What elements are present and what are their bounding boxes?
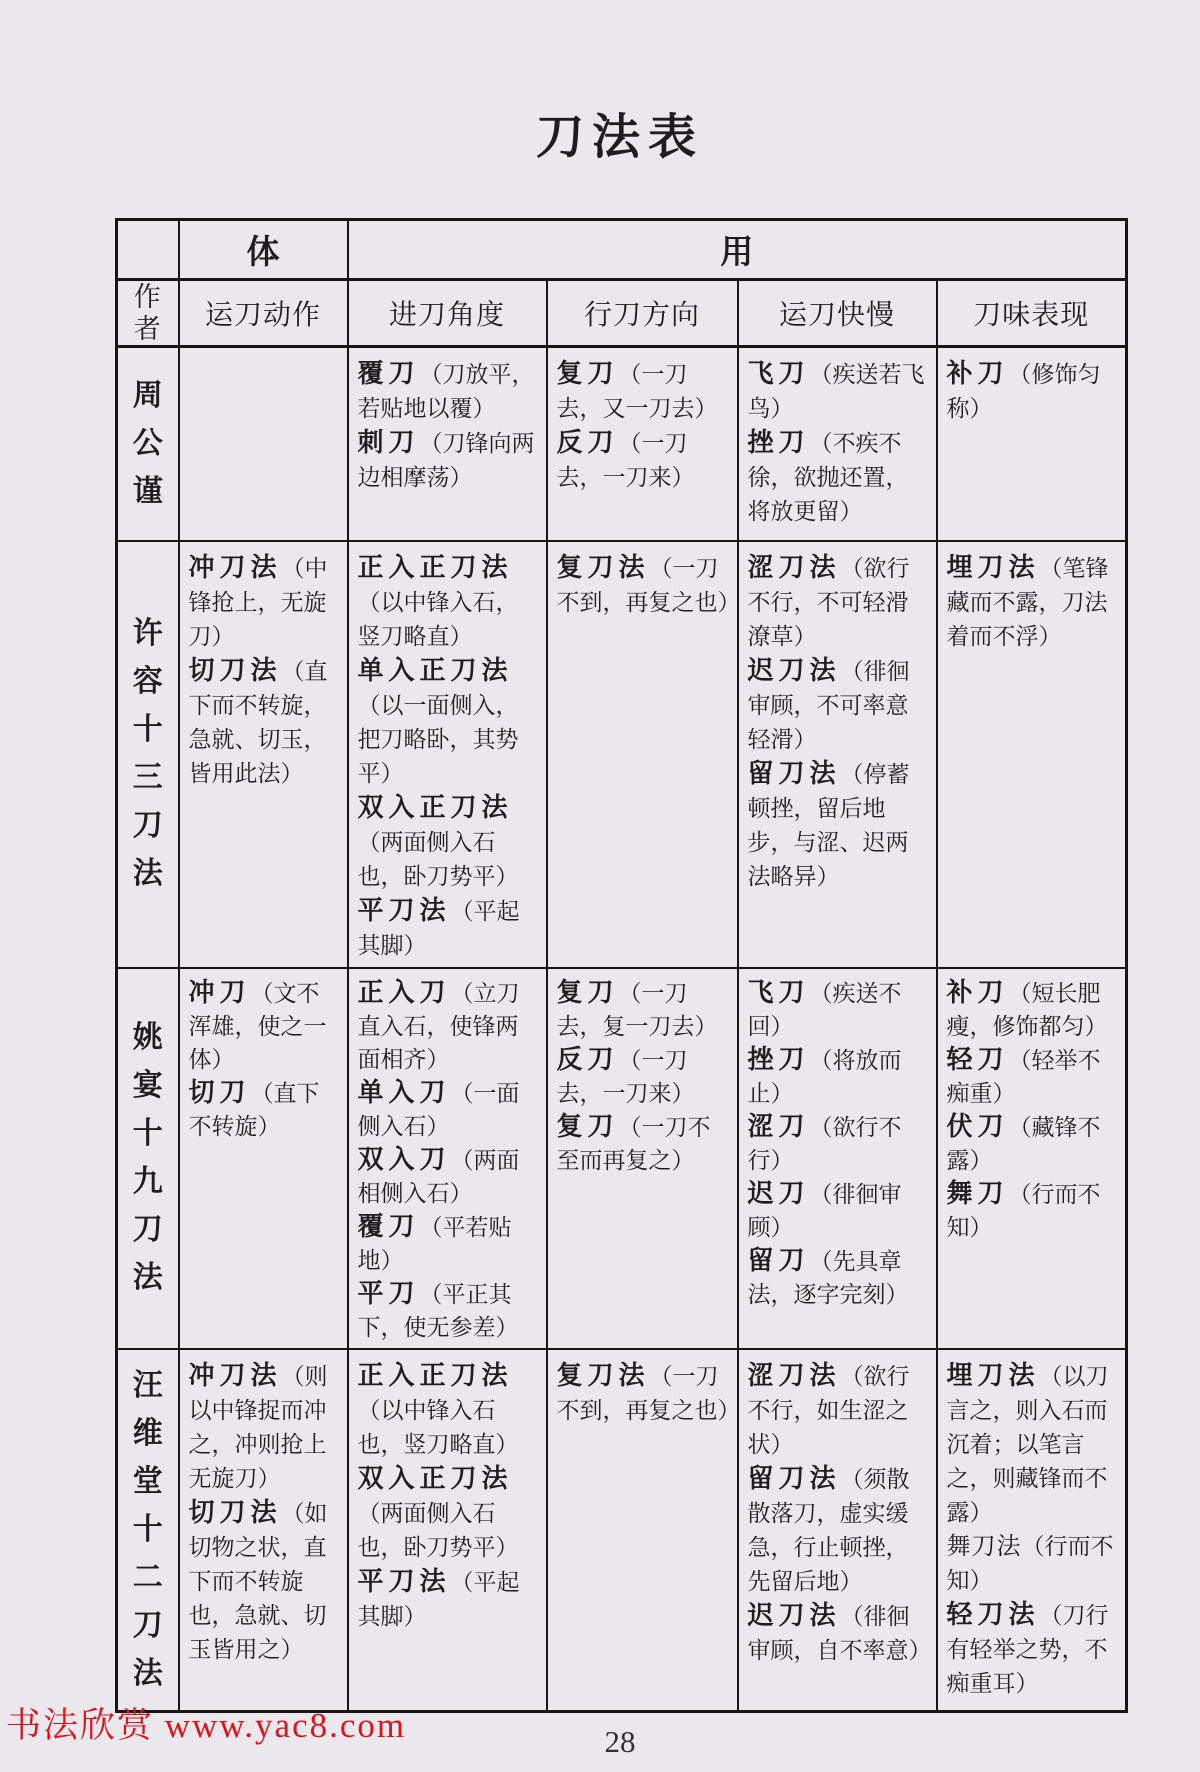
technique-term: 刺刀 xyxy=(358,428,420,457)
technique-entry: 双入正刀法（两面侧入石也，卧刀势平） xyxy=(358,791,540,894)
technique-entry: 双入刀（两面相侧入石） xyxy=(358,1143,540,1210)
technique-entry: 切刀（直下不转旋） xyxy=(189,1076,341,1143)
technique-entry: 复刀法（一刀不到，再复之也） xyxy=(557,551,731,620)
technique-term: 复刀法 xyxy=(557,1361,650,1390)
technique-term: 平刀法 xyxy=(358,1567,451,1596)
technique-term: 复刀 xyxy=(557,1112,619,1141)
technique-entry: 复刀法（一刀不到，再复之也） xyxy=(557,1359,731,1428)
technique-term: 复刀 xyxy=(557,359,619,388)
technique-entry: 刺刀（刀锋向两边相摩荡） xyxy=(358,426,540,495)
technique-entry: 涩刀法（欲行不行，不可轻滑潦草） xyxy=(748,551,930,654)
technique-entry: 复刀（一刀不至而再复之） xyxy=(557,1110,731,1177)
technique-cell: 埋刀法（笔锋藏而不露，刀法着而不浮） xyxy=(937,541,1127,968)
group-header-1: 用 xyxy=(348,220,1127,280)
table-body: 周公谨覆刀（刀放平，若贴地以覆）刺刀（刀锋向两边相摩荡）复刀（一刀去，又一刀去）… xyxy=(117,347,1127,1712)
technique-cell: 飞刀（疾送若飞鸟）挫刀（不疾不徐，欲抛还置，将放更留） xyxy=(738,347,937,541)
technique-entry: 留刀法（停蓄顿挫，留后地步，与涩、迟两法略异） xyxy=(748,757,930,894)
technique-entry: 舞刀法（行而不知） xyxy=(947,1530,1120,1598)
technique-cell: 埋刀法（以刀言之，则入石而沉着；以笔言之，则藏锋而不露）舞刀法（行而不知）轻刀法… xyxy=(937,1349,1127,1712)
author-cell: 姚宴十九刀法 xyxy=(117,968,179,1349)
author-name: 姚宴十九刀法 xyxy=(131,1014,165,1302)
technique-cell: 冲刀法（中锋抢上，无旋刀）切刀法（直下而不转旋，急就、切玉，皆用此法） xyxy=(179,541,348,968)
technique-term: 涩刀 xyxy=(748,1112,810,1141)
author-cell: 周公谨 xyxy=(117,347,179,541)
technique-entry: 冲刀法（中锋抢上，无旋刀） xyxy=(189,551,341,654)
page-number: 28 xyxy=(115,1724,1125,1760)
technique-entry: 补刀（修饰匀称） xyxy=(947,357,1120,426)
technique-entry: 伏刀（藏锋不露） xyxy=(947,1110,1120,1177)
technique-entry: 平刀（平正其下，使无参差） xyxy=(358,1277,540,1344)
technique-cell: 复刀法（一刀不到，再复之也） xyxy=(547,541,738,968)
technique-term: 迟刀法 xyxy=(748,656,841,685)
technique-term: 飞刀 xyxy=(748,978,810,1007)
technique-term: 覆刀 xyxy=(358,359,420,388)
table-row: 姚宴十九刀法冲刀（文不浑雄，使之一体）切刀（直下不转旋）正入刀（立刀直入石，使锋… xyxy=(117,968,1127,1349)
table-row: 周公谨覆刀（刀放平，若贴地以覆）刺刀（刀锋向两边相摩荡）复刀（一刀去，又一刀去）… xyxy=(117,347,1127,541)
technique-term: 正入刀 xyxy=(358,978,451,1007)
technique-entry: 单入刀（一面侧入石） xyxy=(358,1076,540,1143)
technique-entry: 复刀（一刀去，复一刀去） xyxy=(557,976,731,1043)
technique-entry: 反刀（一刀去，一刀来） xyxy=(557,426,731,495)
technique-term: 冲刀法 xyxy=(189,1361,282,1390)
technique-cell: 覆刀（刀放平，若贴地以覆）刺刀（刀锋向两边相摩荡） xyxy=(348,347,547,541)
technique-entry: 涩刀法（欲行不行，如生涩之状） xyxy=(748,1359,930,1462)
technique-entry: 挫刀（不疾不徐，欲抛还置，将放更留） xyxy=(748,426,930,529)
technique-entry: 迟刀（徘徊审顾） xyxy=(748,1177,930,1244)
table-row: 许容十三刀法冲刀法（中锋抢上，无旋刀）切刀法（直下而不转旋，急就、切玉，皆用此法… xyxy=(117,541,1127,968)
technique-cell: 补刀（修饰匀称） xyxy=(937,347,1127,541)
technique-entry: 切刀法（直下而不转旋，急就、切玉，皆用此法） xyxy=(189,654,341,791)
technique-term: 冲刀 xyxy=(189,978,251,1007)
technique-entry: 正入正刀法（以中锋入石，竖刀略直） xyxy=(358,551,540,654)
technique-entry: 双入正刀法（两面侧入石也，卧刀势平） xyxy=(358,1462,540,1565)
column-header-0: 运刀动作 xyxy=(179,280,348,347)
technique-entry: 涩刀（欲行不行） xyxy=(748,1110,930,1177)
technique-term: 复刀法 xyxy=(557,553,650,582)
technique-term: 补刀 xyxy=(947,359,1009,388)
technique-term: 迟刀法 xyxy=(748,1601,841,1630)
technique-term: 埋刀法 xyxy=(947,553,1040,582)
corner-cell xyxy=(117,220,179,280)
technique-entry: 冲刀（文不浑雄，使之一体） xyxy=(189,976,341,1076)
technique-cell: 正入正刀法（以中锋入石也，竖刀略直）双入正刀法（两面侧入石也，卧刀势平）平刀法（… xyxy=(348,1349,547,1712)
technique-term: 单入刀 xyxy=(358,1078,451,1107)
technique-cell xyxy=(179,347,348,541)
technique-entry: 留刀法（须散散落刀，虚实缓急，行止顿挫，先留后地） xyxy=(748,1462,930,1599)
technique-term: 埋刀法 xyxy=(947,1361,1040,1390)
technique-desc: （两面侧入石也，卧刀势平） xyxy=(358,830,519,889)
technique-entry: 平刀法（平起其脚） xyxy=(358,1565,540,1634)
technique-term: 切刀法 xyxy=(189,1498,282,1527)
column-header-4: 刀味表现 xyxy=(937,280,1127,347)
technique-term: 切刀法 xyxy=(189,656,282,685)
technique-entry: 埋刀法（以刀言之，则入石而沉着；以笔言之，则藏锋而不露） xyxy=(947,1359,1120,1530)
column-header-2: 行刀方向 xyxy=(547,280,738,347)
page-title: 刀法表 xyxy=(115,98,1125,167)
technique-cell: 冲刀法（则以中锋捉而冲之，冲则抢上无旋刀）切刀法（如切物之状，直下而不转旋也，急… xyxy=(179,1349,348,1712)
author-header: 作者 xyxy=(117,280,179,347)
technique-term: 留刀 xyxy=(748,1246,810,1275)
table-head: 体用作者运刀动作进刀角度行刀方向运刀快慢刀味表现 xyxy=(117,220,1127,347)
technique-entry: 正入刀（立刀直入石，使锋两面相齐） xyxy=(358,976,540,1076)
group-header-0: 体 xyxy=(179,220,348,280)
technique-desc: （以中锋入石，竖刀略直） xyxy=(358,590,519,649)
technique-cell: 涩刀法（欲行不行，不可轻滑潦草）迟刀法（徘徊审顾，不可率意轻滑）留刀法（停蓄顿挫… xyxy=(738,541,937,968)
technique-entry: 挫刀（将放而止） xyxy=(748,1043,930,1110)
technique-term: 正入正刀法 xyxy=(358,1361,513,1390)
technique-term: 留刀法 xyxy=(748,1464,841,1493)
technique-term: 伏刀 xyxy=(947,1112,1009,1141)
technique-entry: 补刀（短长肥瘦，修饰都匀） xyxy=(947,976,1120,1043)
technique-term: 飞刀 xyxy=(748,359,810,388)
technique-entry: 舞刀（行而不知） xyxy=(947,1177,1120,1244)
technique-entry: 冲刀法（则以中锋捉而冲之，冲则抢上无旋刀） xyxy=(189,1359,341,1496)
group-header-row: 体用 xyxy=(117,220,1127,280)
technique-entry: 轻刀（轻举不痴重） xyxy=(947,1043,1120,1110)
technique-entry: 留刀（先具章法，逐字完刻） xyxy=(748,1244,930,1311)
technique-desc: （以中锋入石也，竖刀略直） xyxy=(358,1398,519,1457)
technique-term: 双入正刀法 xyxy=(358,1464,513,1493)
table-row: 汪维堂十二刀法冲刀法（则以中锋捉而冲之，冲则抢上无旋刀）切刀法（如切物之状，直下… xyxy=(117,1349,1127,1712)
author-cell: 许容十三刀法 xyxy=(117,541,179,968)
technique-term: 挫刀 xyxy=(748,1045,810,1074)
technique-entry: 覆刀（刀放平，若贴地以覆） xyxy=(358,357,540,426)
technique-term: 复刀 xyxy=(557,978,619,1007)
technique-term: 单入正刀法 xyxy=(358,656,513,685)
technique-entry: 迟刀法（徘徊审顾，自不率意） xyxy=(748,1599,930,1668)
technique-cell: 冲刀（文不浑雄，使之一体）切刀（直下不转旋） xyxy=(179,968,348,1349)
technique-entry: 轻刀法（刀行有轻举之势，不痴重耳） xyxy=(947,1598,1120,1701)
column-header-3: 运刀快慢 xyxy=(738,280,937,347)
technique-cell: 飞刀（疾送不回）挫刀（将放而止）涩刀（欲行不行）迟刀（徘徊审顾）留刀（先具章法，… xyxy=(738,968,937,1349)
technique-entry: 飞刀（疾送不回） xyxy=(748,976,930,1043)
technique-desc: （两面侧入石也，卧刀势平） xyxy=(358,1501,519,1560)
technique-term: 轻刀法 xyxy=(947,1600,1040,1629)
technique-entry: 反刀（一刀去，一刀来） xyxy=(557,1043,731,1110)
author-name: 许容十三刀法 xyxy=(131,610,165,898)
technique-entry: 覆刀（平若贴地） xyxy=(358,1210,540,1277)
technique-cell: 复刀（一刀去，复一刀去）反刀（一刀去，一刀来）复刀（一刀不至而再复之） xyxy=(547,968,738,1349)
technique-entry: 正入正刀法（以中锋入石也，竖刀略直） xyxy=(358,1359,540,1462)
technique-entry: 飞刀（疾送若飞鸟） xyxy=(748,357,930,426)
knife-table: 体用作者运刀动作进刀角度行刀方向运刀快慢刀味表现 周公谨覆刀（刀放平，若贴地以覆… xyxy=(115,218,1128,1713)
technique-term: 双入正刀法 xyxy=(358,793,513,822)
technique-entry: 单入正刀法（以一面侧入，把刀略卧，其势平） xyxy=(358,654,540,791)
technique-term: 涩刀法 xyxy=(748,1361,841,1390)
technique-cell: 正入刀（立刀直入石，使锋两面相齐）单入刀（一面侧入石）双入刀（两面相侧入石）覆刀… xyxy=(348,968,547,1349)
technique-cell: 正入正刀法（以中锋入石，竖刀略直）单入正刀法（以一面侧入，把刀略卧，其势平）双入… xyxy=(348,541,547,968)
technique-term: 迟刀 xyxy=(748,1179,810,1208)
technique-entry: 迟刀法（徘徊审顾，不可率意轻滑） xyxy=(748,654,930,757)
scanned-page: { "page": { "title": "刀法表", "page_number… xyxy=(0,0,1200,1772)
technique-cell: 复刀（一刀去，又一刀去）反刀（一刀去，一刀来） xyxy=(547,347,738,541)
technique-entry: 埋刀法（笔锋藏而不露，刀法着而不浮） xyxy=(947,551,1120,654)
technique-term: 留刀法 xyxy=(748,759,841,788)
technique-cell: 复刀法（一刀不到，再复之也） xyxy=(547,1349,738,1712)
technique-term: 轻刀 xyxy=(947,1045,1009,1074)
technique-term: 挫刀 xyxy=(748,428,810,457)
technique-term: 平刀法 xyxy=(358,896,451,925)
technique-cell: 涩刀法（欲行不行，如生涩之状）留刀法（须散散落刀，虚实缓急，行止顿挫，先留后地）… xyxy=(738,1349,937,1712)
technique-term: 双入刀 xyxy=(358,1145,451,1174)
technique-entry: 平刀法（平起其脚） xyxy=(358,894,540,963)
technique-term: 补刀 xyxy=(947,978,1009,1007)
technique-term: 舞刀 xyxy=(947,1179,1009,1208)
technique-cell: 补刀（短长肥瘦，修饰都匀）轻刀（轻举不痴重）伏刀（藏锋不露）舞刀（行而不知） xyxy=(937,968,1127,1349)
author-name: 周公谨 xyxy=(131,372,165,516)
column-header-row: 作者运刀动作进刀角度行刀方向运刀快慢刀味表现 xyxy=(117,280,1127,347)
technique-term: 反刀 xyxy=(557,428,619,457)
technique-term: 舞刀法 xyxy=(947,1534,1022,1560)
technique-entry: 切刀法（如切物之状，直下而不转旋也，急就、切玉皆用之） xyxy=(189,1496,341,1667)
technique-term: 覆刀 xyxy=(358,1212,420,1241)
author-cell: 汪维堂十二刀法 xyxy=(117,1349,179,1712)
technique-term: 反刀 xyxy=(557,1045,619,1074)
column-header-1: 进刀角度 xyxy=(348,280,547,347)
author-name: 汪维堂十二刀法 xyxy=(131,1362,165,1698)
technique-term: 切刀 xyxy=(189,1078,251,1107)
technique-term: 涩刀法 xyxy=(748,553,841,582)
technique-term: 冲刀法 xyxy=(189,553,282,582)
technique-term: 平刀 xyxy=(358,1279,420,1308)
technique-entry: 复刀（一刀去，又一刀去） xyxy=(557,357,731,426)
technique-term: 正入正刀法 xyxy=(358,553,513,582)
technique-desc: （以一面侧入，把刀略卧，其势平） xyxy=(358,693,519,786)
